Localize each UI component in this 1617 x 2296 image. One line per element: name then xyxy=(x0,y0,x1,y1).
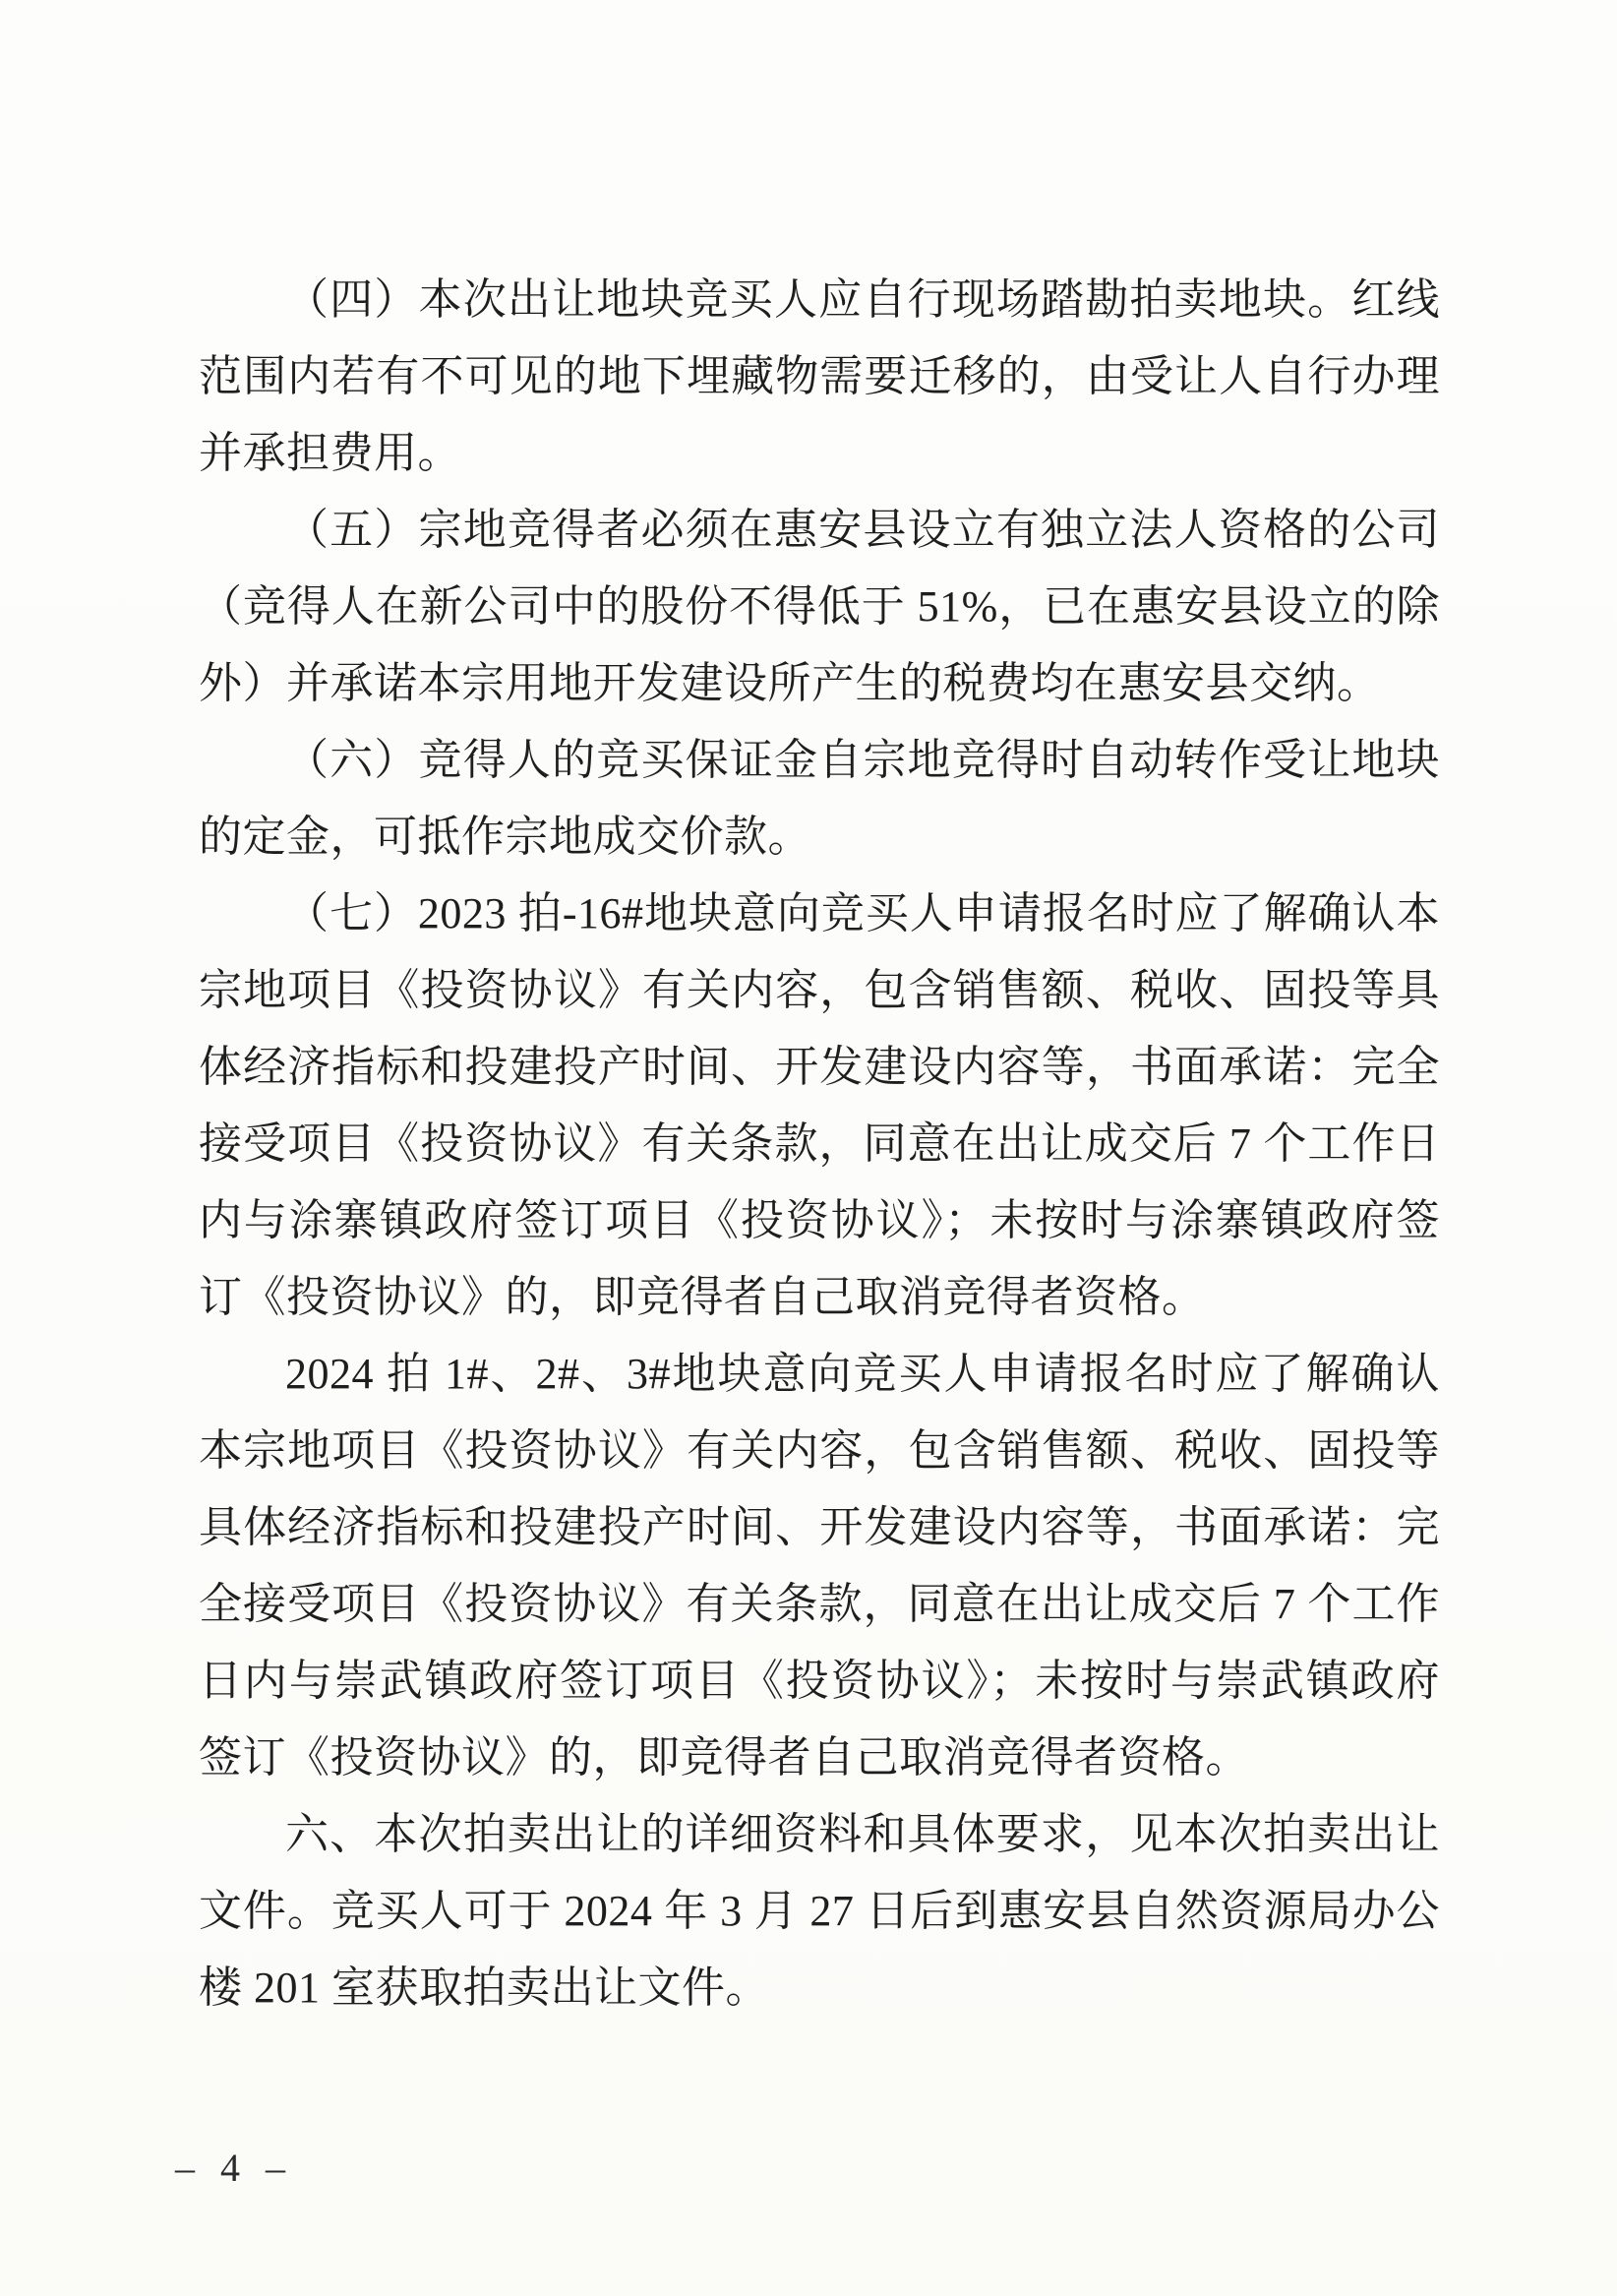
text-line: 订《投资协议》的，即竞得者自己取消竞得者资格。 xyxy=(199,1259,1440,1336)
paragraph-2024-blocks: 2024 拍 1#、2#、3#地块意向竞买人申请报名时应了解确认 本宗地项目《投… xyxy=(199,1336,1440,1796)
document-page: （四）本次出让地块竞买人应自行现场踏勘拍卖地块。红线 范围内若有不可见的地下埋藏… xyxy=(0,0,1617,2296)
text-line: 外）并承诺本宗用地开发建设所产生的税费均在惠安县交纳。 xyxy=(199,645,1440,722)
text-line: 并承担费用。 xyxy=(199,415,1440,492)
paragraph-6: （六）竞得人的竞买保证金自宗地竞得时自动转作受让地块 的定金，可抵作宗地成交价款… xyxy=(199,722,1440,876)
text-line: （六）竞得人的竞买保证金自宗地竞得时自动转作受让地块 xyxy=(199,722,1440,799)
text-line: 楼 201 室获取拍卖出让文件。 xyxy=(199,1950,1440,2026)
text-line: （五）宗地竞得者必须在惠安县设立有独立法人资格的公司 xyxy=(199,492,1440,569)
text-line: 内与涂寨镇政府签订项目《投资协议》；未按时与涂寨镇政府签 xyxy=(199,1182,1440,1259)
paragraph-4: （四）本次出让地块竞买人应自行现场踏勘拍卖地块。红线 范围内若有不可见的地下埋藏… xyxy=(199,262,1440,492)
text-line: 本宗地项目《投资协议》有关内容，包含销售额、税收、固投等 xyxy=(199,1413,1440,1489)
text-line: 签订《投资协议》的，即竞得者自己取消竞得者资格。 xyxy=(199,1720,1440,1796)
text-line: 体经济指标和投建投产时间、开发建设内容等，书面承诺：完全 xyxy=(199,1029,1440,1106)
text-line: 接受项目《投资协议》有关条款，同意在出让成交后 7 个工作日 xyxy=(199,1106,1440,1182)
text-line: （竞得人在新公司中的股份不得低于 51%，已在惠安县设立的除 xyxy=(199,569,1440,645)
text-line: 的定金，可抵作宗地成交价款。 xyxy=(199,799,1440,876)
paragraph-7: （七）2023 拍-16#地块意向竞买人申请报名时应了解确认本 宗地项目《投资协… xyxy=(199,876,1440,1336)
text-line: 范围内若有不可见的地下埋藏物需要迁移的，由受让人自行办理 xyxy=(199,338,1440,415)
text-block: （四）本次出让地块竞买人应自行现场踏勘拍卖地块。红线 范围内若有不可见的地下埋藏… xyxy=(199,262,1440,2026)
paragraph-section-6: 六、本次拍卖出让的详细资料和具体要求，见本次拍卖出让 文件。竞买人可于 2024… xyxy=(199,1796,1440,2026)
text-line: 日内与崇武镇政府签订项目《投资协议》；未按时与崇武镇政府 xyxy=(199,1643,1440,1720)
text-line: 文件。竞买人可于 2024 年 3 月 27 日后到惠安县自然资源局办公 xyxy=(199,1873,1440,1950)
paragraph-5: （五）宗地竞得者必须在惠安县设立有独立法人资格的公司 （竞得人在新公司中的股份不… xyxy=(199,492,1440,722)
text-line: 宗地项目《投资协议》有关内容，包含销售额、税收、固投等具 xyxy=(199,952,1440,1029)
text-line: 六、本次拍卖出让的详细资料和具体要求，见本次拍卖出让 xyxy=(199,1796,1440,1873)
text-line: 2024 拍 1#、2#、3#地块意向竞买人申请报名时应了解确认 xyxy=(199,1336,1440,1413)
text-line: （七）2023 拍-16#地块意向竞买人申请报名时应了解确认本 xyxy=(199,876,1440,952)
text-line: 具体经济指标和投建投产时间、开发建设内容等，书面承诺：完 xyxy=(199,1489,1440,1566)
text-line: 全接受项目《投资协议》有关条款，同意在出让成交后 7 个工作 xyxy=(199,1566,1440,1643)
page-number: – 4 – xyxy=(175,2145,293,2191)
text-line: （四）本次出让地块竞买人应自行现场踏勘拍卖地块。红线 xyxy=(199,262,1440,338)
